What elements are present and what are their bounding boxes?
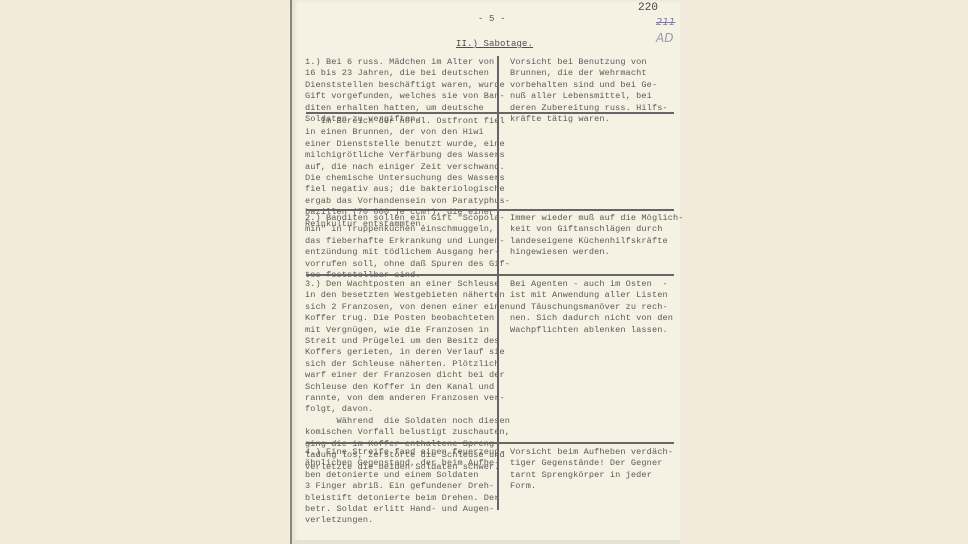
column-divider	[497, 56, 499, 510]
row-divider	[306, 112, 674, 114]
item-2-remark: Immer wieder muß auf die Möglich- keit v…	[510, 213, 683, 259]
item-3-remark: Bei Agenten - auch im Osten - ist mit An…	[510, 279, 673, 336]
archive-number: 220	[638, 3, 658, 14]
row-divider	[306, 209, 674, 211]
item-1-remark: Vorsicht bei Benutzung von Brunnen, die …	[510, 57, 668, 125]
handwritten-initials: AD	[656, 33, 674, 44]
row-divider	[306, 274, 674, 276]
item-2-text: 2.) Banditen sollen ein Gift "Scopola- m…	[305, 213, 510, 281]
item-4-text: 4.) Eine Streife fand einen feuerzeug- ä…	[305, 447, 505, 527]
row-divider	[306, 442, 674, 444]
item-4-remark: Vorsicht beim Aufheben verdäch- tiger Ge…	[510, 447, 673, 493]
document-page: - 5 - 220 211 AD II.) Sabotage. 1.) Bei …	[290, 0, 680, 544]
crossed-out-number: 211	[656, 17, 675, 28]
section-title: II.) Sabotage.	[456, 39, 533, 50]
page-number: - 5 -	[478, 14, 506, 25]
